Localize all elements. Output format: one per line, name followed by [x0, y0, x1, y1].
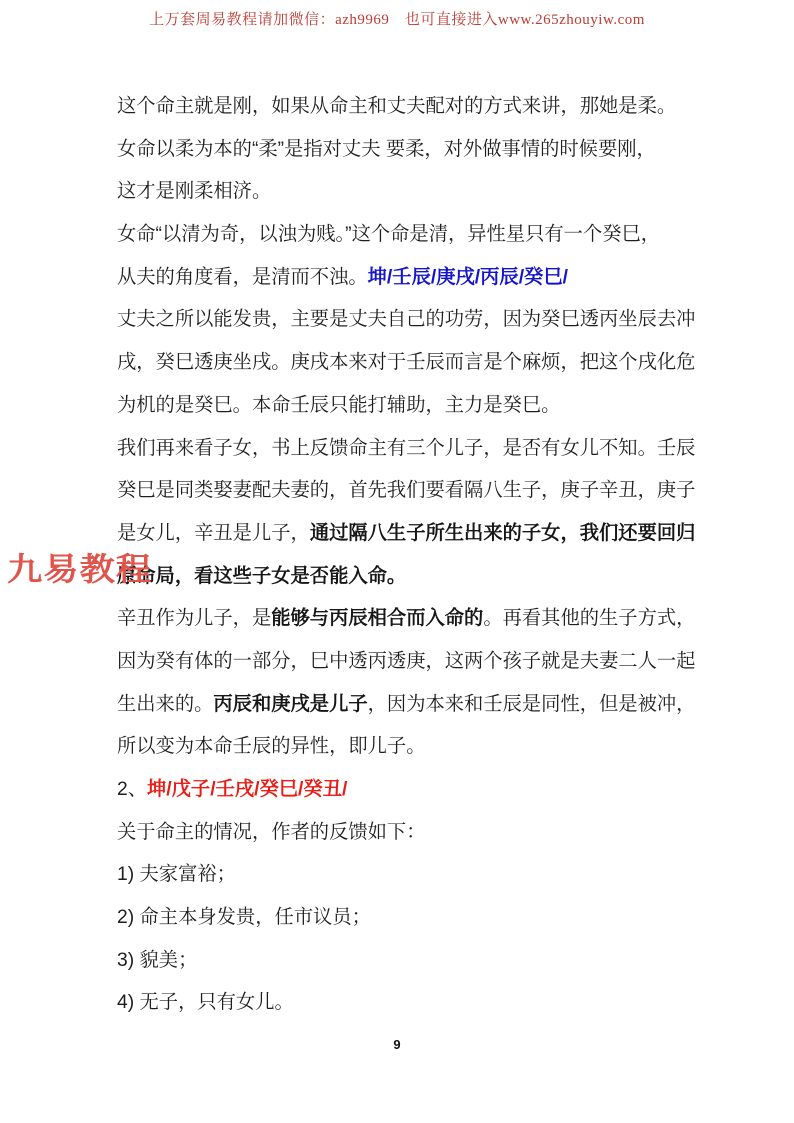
text-segment: 丙辰和庚戌是儿子 — [213, 694, 367, 715]
text-segment: 为机的是癸巳。本命壬辰只能打辅助，主力是癸巳。 — [117, 395, 560, 416]
text-segment: 戌，癸巳透庚坐戌。庚戌本来对于壬辰而言是个麻烦，把这个戌化危 — [117, 352, 695, 373]
text-segment: 我们再来看子女，书上反馈命主有三个儿子，是否有女儿不知。壬辰 — [117, 438, 695, 459]
text-line: 所以变为本命壬辰的异性，即儿子。 — [117, 726, 683, 769]
text-segment: ，因为本来和壬辰是同性，但是被冲， — [368, 694, 696, 715]
text-line: 是女儿，辛丑是儿子，通过隔八生子所生出来的子女，我们还要回归 — [117, 513, 683, 556]
text-line: 戌，癸巳透庚坐戌。庚戌本来对于壬辰而言是个麻烦，把这个戌化危 — [117, 342, 683, 385]
text-segment: 能够与丙辰相合而入命的 — [271, 608, 483, 629]
text-segment: 坤/壬辰/庚戌/丙辰/癸巳/ — [368, 267, 568, 288]
text-line: 辛丑作为儿子，是能够与丙辰相合而入命的。再看其他的生子方式， — [117, 598, 683, 641]
text-segment: 4) 无子，只有女儿。 — [117, 992, 294, 1013]
text-line: 生出来的。丙辰和庚戌是儿子，因为本来和壬辰是同性，但是被冲， — [117, 684, 683, 727]
header-promo-text: 上万套周易教程请加微信：azh9969 也可直接进入www.265zhouyiw… — [0, 8, 794, 29]
text-line: 关于命主的情况，作者的反馈如下： — [117, 812, 683, 855]
text-line: 为机的是癸巳。本命壬辰只能打辅助，主力是癸巳。 — [117, 385, 683, 428]
text-segment: 丈夫之所以能发贵，主要是丈夫自己的功劳，因为癸巳透丙坐辰去冲 — [117, 309, 695, 330]
text-segment: 因为癸有体的一部分，巳中透丙透庚，这两个孩子就是夫妻二人一起 — [117, 651, 695, 672]
text-segment: 3) 貌美； — [117, 950, 197, 971]
text-segment: 癸巳是同类娶妻配夫妻的，首先我们要看隔八生子，庚子辛丑，庚子 — [117, 480, 695, 501]
text-line: 4) 无子，只有女儿。 — [117, 982, 683, 1025]
text-line: 癸巳是同类娶妻配夫妻的，首先我们要看隔八生子，庚子辛丑，庚子 — [117, 470, 683, 513]
text-segment: 。再看其他的生子方式， — [483, 608, 695, 629]
text-segment: 这才是刚柔相济。 — [117, 181, 271, 202]
text-line: 3) 貌美； — [117, 940, 683, 983]
text-lines: 这个命主就是刚，如果从命主和丈夫配对的方式来讲，那她是柔。女命以柔为本的“柔”是… — [117, 86, 683, 1025]
text-segment: 原命局，看这些子女是否能入命。 — [117, 566, 406, 587]
text-segment: 女命“以清为奇，以浊为贱。”这个命是清，异性星只有一个癸巳， — [117, 224, 660, 245]
text-segment: 生出来的。 — [117, 694, 213, 715]
text-segment: 2) 命主本身发贵，任市议员； — [117, 907, 371, 928]
text-segment: 1) 夫家富裕； — [117, 864, 236, 885]
text-line: 女命“以清为奇，以浊为贱。”这个命是清，异性星只有一个癸巳， — [117, 214, 683, 257]
text-segment: 关于命主的情况，作者的反馈如下： — [117, 822, 426, 843]
text-segment: 坤/戊子/壬戌/癸巳/癸丑/ — [147, 779, 347, 800]
text-segment: 是女儿，辛丑是儿子， — [117, 523, 310, 544]
document-page: 上万套周易教程请加微信：azh9969 也可直接进入www.265zhouyiw… — [0, 0, 794, 1123]
text-line: 丈夫之所以能发贵，主要是丈夫自己的功劳，因为癸巳透丙坐辰去冲 — [117, 299, 683, 342]
text-segment: 2、 — [117, 779, 147, 800]
text-segment: 所以变为本命壬辰的异性，即儿子。 — [117, 736, 426, 757]
text-line: 这才是刚柔相济。 — [117, 171, 683, 214]
text-segment: 通过隔八生子所生出来的子女，我们还要回归 — [310, 523, 696, 544]
text-line: 1) 夫家富裕； — [117, 854, 683, 897]
text-segment: 辛丑作为儿子，是 — [117, 608, 271, 629]
text-line: 从夫的角度看，是清而不浊。坤/壬辰/庚戌/丙辰/癸巳/ — [117, 257, 683, 300]
text-line: 这个命主就是刚，如果从命主和丈夫配对的方式来讲，那她是柔。 — [117, 86, 683, 129]
text-segment: 女命以柔为本的“柔”是指对丈夫 要柔，对外做事情的时候要刚， — [117, 139, 656, 160]
text-line: 原命局，看这些子女是否能入命。 — [117, 556, 683, 599]
text-line: 2、坤/戊子/壬戌/癸巳/癸丑/ — [117, 769, 683, 812]
page-number: 9 — [0, 1037, 794, 1052]
text-segment: 这个命主就是刚，如果从命主和丈夫配对的方式来讲，那她是柔。 — [117, 96, 676, 117]
text-line: 因为癸有体的一部分，巳中透丙透庚，这两个孩子就是夫妻二人一起 — [117, 641, 683, 684]
text-line: 女命以柔为本的“柔”是指对丈夫 要柔，对外做事情的时候要刚， — [117, 129, 683, 172]
watermark: 九易教程 — [7, 544, 152, 590]
text-line: 我们再来看子女，书上反馈命主有三个儿子，是否有女儿不知。壬辰 — [117, 428, 683, 471]
text-segment: 从夫的角度看，是清而不浊。 — [117, 267, 368, 288]
text-line: 2) 命主本身发贵，任市议员； — [117, 897, 683, 940]
